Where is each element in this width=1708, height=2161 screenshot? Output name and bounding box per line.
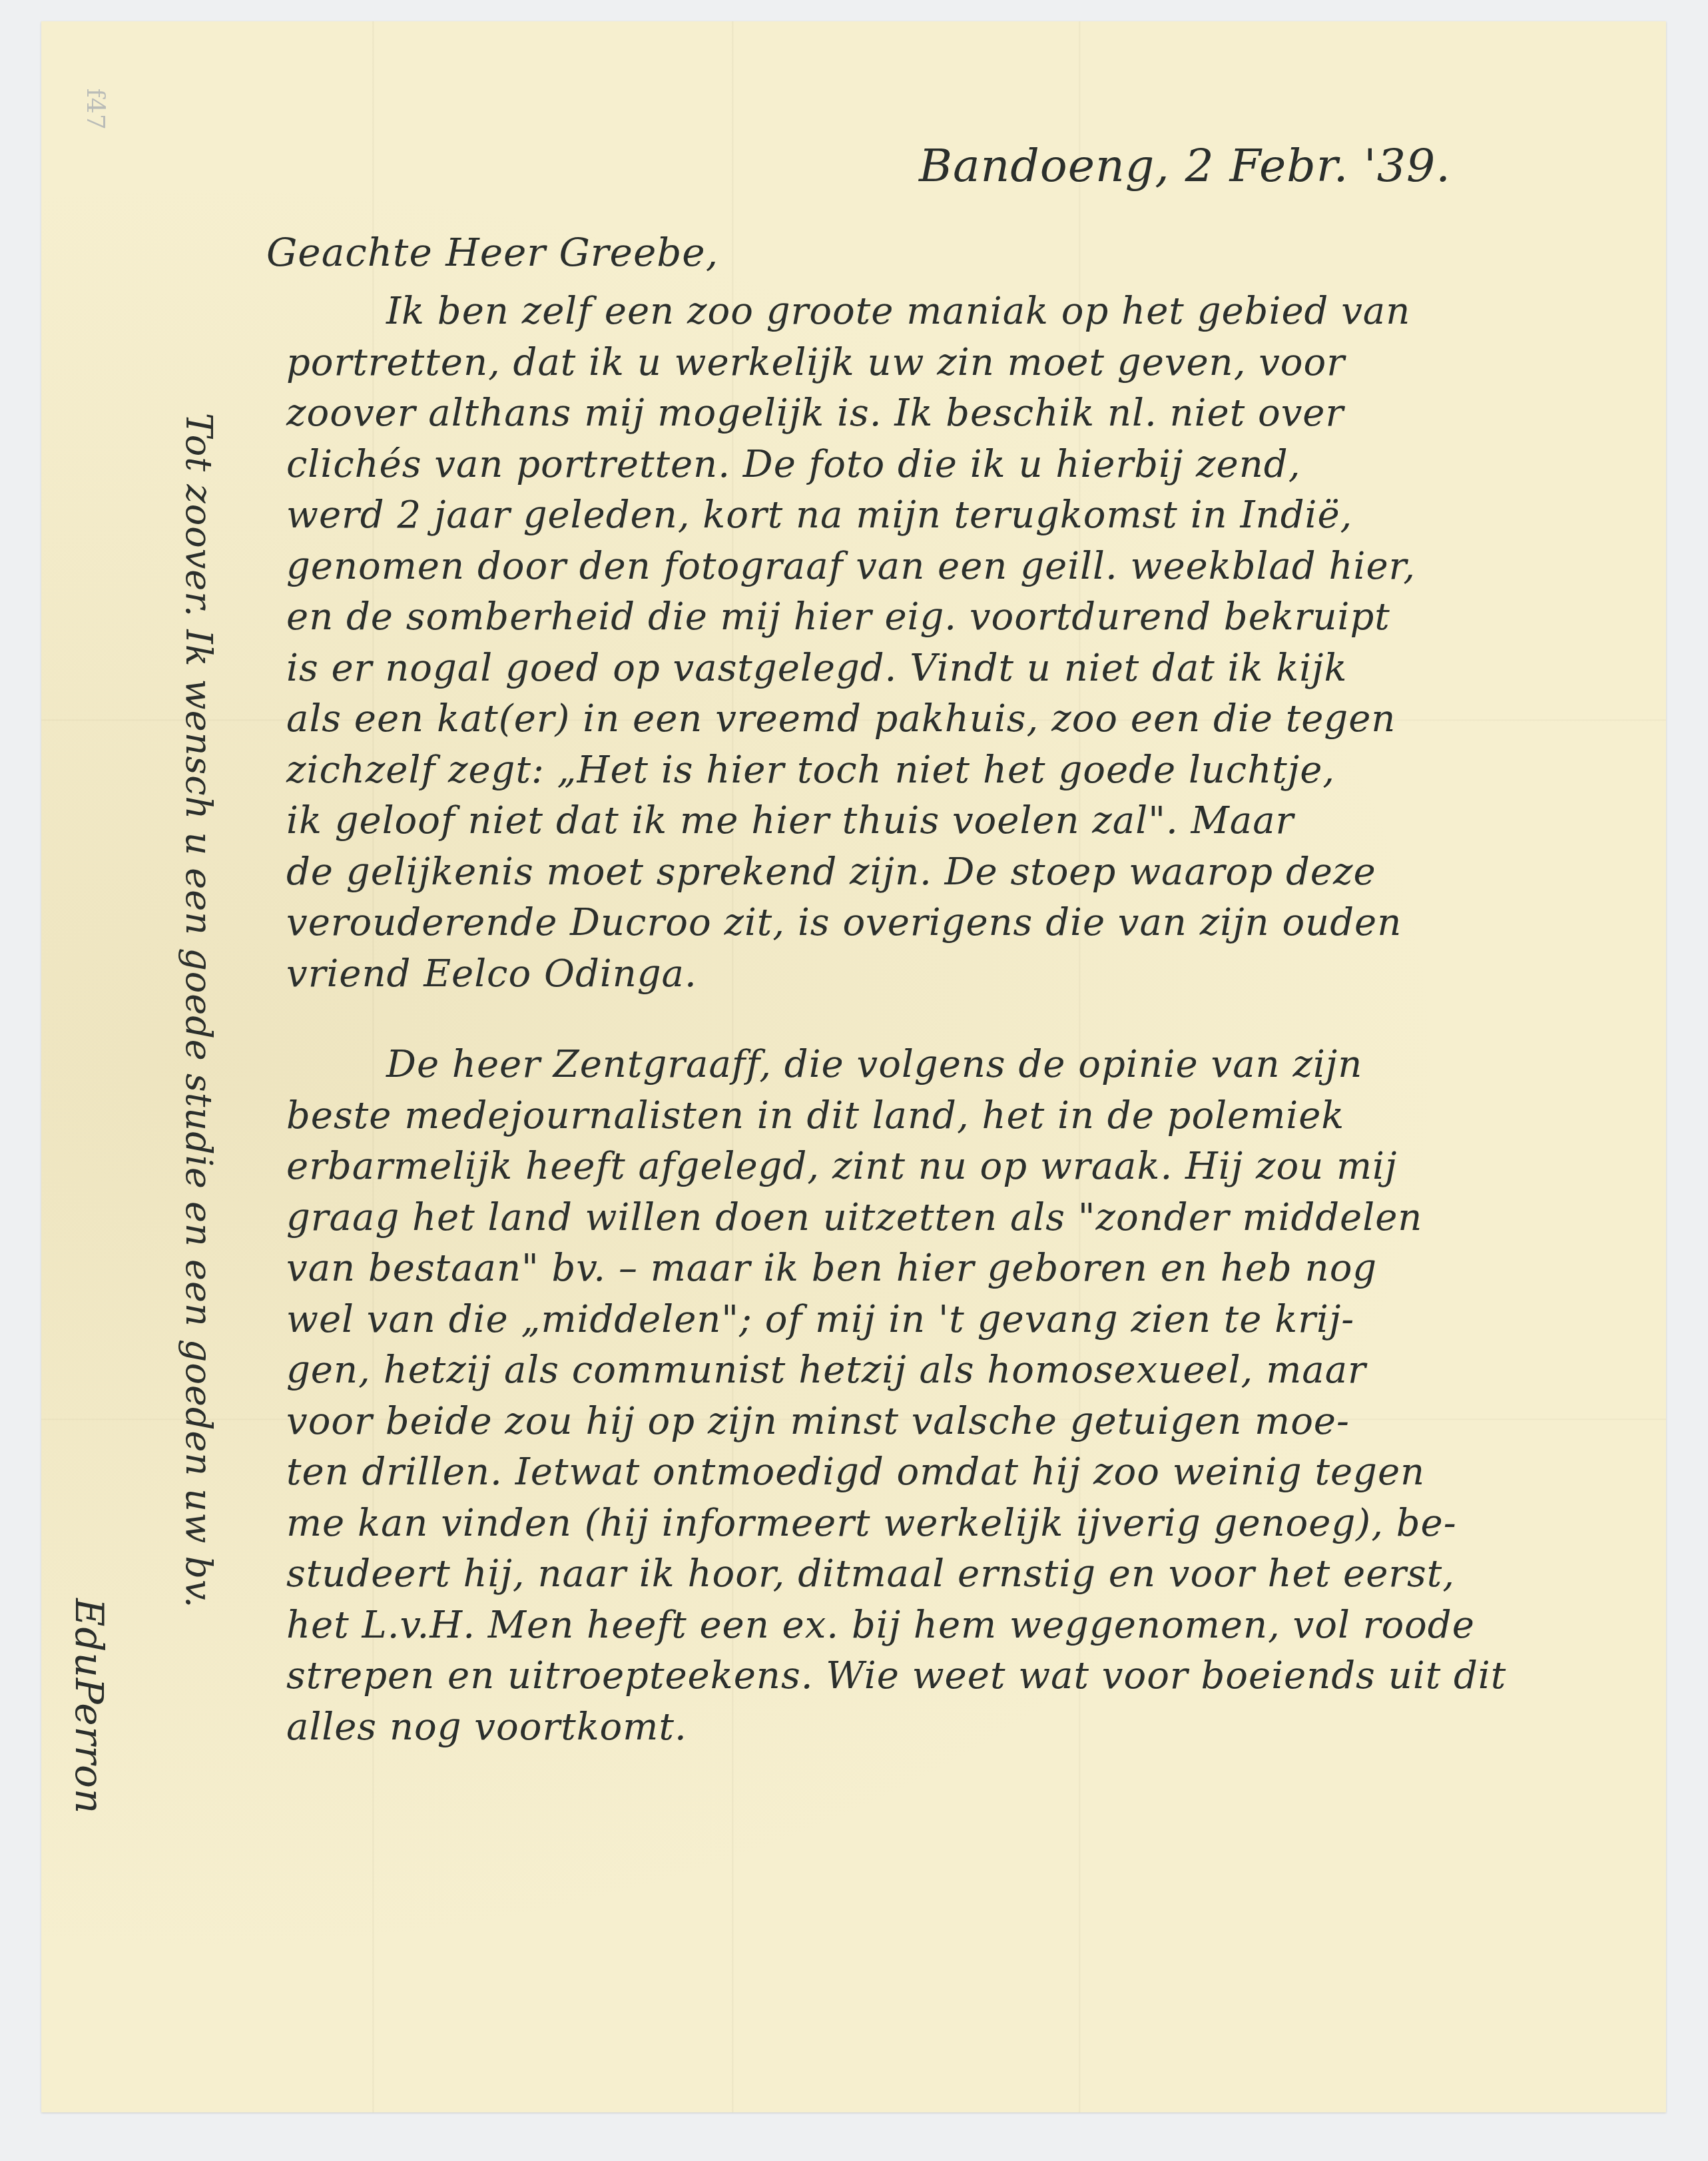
dateline: Bandoeng, 2 Febr. '39. (919, 140, 1451, 192)
body-line: de gelijkenis moet sprekend zijn. De sto… (286, 847, 1651, 898)
body-line: voor beide zou hij op zijn minst valsche… (286, 1396, 1651, 1448)
paragraph-gap (286, 1000, 1651, 1040)
body-line: strepen en uitroepteekens. Wie weet wat … (286, 1651, 1651, 1702)
body-line: gen, hetzij als communist hetzij als hom… (286, 1345, 1651, 1396)
body-line: zoover althans mij mogelijk is. Ik besch… (286, 388, 1651, 440)
body-line: als een kat(er) in een vreemd pakhuis, z… (286, 694, 1651, 745)
body-line: erbarmelijk heeft afgelegd, zint nu op w… (286, 1141, 1651, 1193)
body-line: portretten, dat ik u werkelijk uw zin mo… (286, 338, 1651, 389)
body-line: Ik ben zelf een zoo groote maniak op het… (286, 286, 1651, 338)
body-line: studeert hij, naar ik hoor, ditmaal erns… (286, 1549, 1651, 1600)
archive-pencil-mark: f47 (47, 89, 111, 142)
signature: EduPerron (67, 1598, 112, 1814)
body-line: zichzelf zegt: „Het is hier toch niet he… (286, 745, 1651, 796)
body-line: verouderende Ducroo zit, is overigens di… (286, 898, 1651, 949)
body-line: vriend Eelco Odinga. (286, 949, 1651, 1000)
body-line: ten drillen. Ietwat ontmoedigd omdat hij… (286, 1447, 1651, 1498)
body-line: het L.v.H. Men heeft een ex. bij hem weg… (286, 1600, 1651, 1652)
margin-note-vertical: Tot zoover. Ik wensch u een goede studie… (178, 413, 220, 1608)
body-line: werd 2 jaar geleden, kort na mijn terugk… (286, 490, 1651, 541)
letter-body: Ik ben zelf een zoo groote maniak op het… (286, 286, 1651, 1753)
body-line: en de somberheid die mij hier eig. voort… (286, 592, 1651, 643)
body-line: genomen door den fotograaf van een geill… (286, 541, 1651, 593)
body-line: is er nogal goed op vastgelegd. Vindt u … (286, 643, 1651, 695)
body-line: beste medejournalisten in dit land, het … (286, 1091, 1651, 1142)
body-line: me kan vinden (hij informeert werkelijk … (286, 1498, 1651, 1550)
body-line: van bestaan" bv. – maar ik ben hier gebo… (286, 1243, 1651, 1295)
salutation: Geachte Heer Greebe, (266, 230, 718, 275)
body-line: ik geloof niet dat ik me hier thuis voel… (286, 796, 1651, 847)
body-line: graag het land willen doen uitzetten als… (286, 1193, 1651, 1244)
body-line: De heer Zentgraaff, die volgens de opini… (286, 1040, 1651, 1091)
body-line: alles nog voortkomt. (286, 1702, 1651, 1753)
body-line: clichés van portretten. De foto die ik u… (286, 440, 1651, 491)
body-line: wel van die „middelen"; of mij in 't gev… (286, 1295, 1651, 1346)
